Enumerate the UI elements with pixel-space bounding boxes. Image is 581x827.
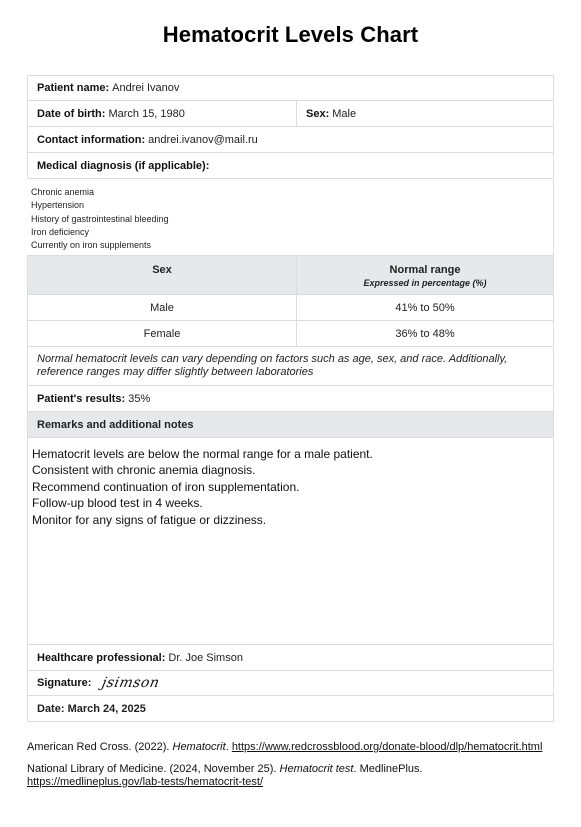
- diagnosis-label: Medical diagnosis (if applicable):: [37, 160, 209, 172]
- dob-value: March 15, 1980: [108, 108, 184, 120]
- reference-source: . MedlinePlus.: [353, 763, 422, 775]
- healthcare-professional-row: Healthcare professional: Dr. Joe Simson: [27, 645, 554, 671]
- reference-title: Hematocrit: [173, 741, 226, 753]
- contact-value: andrei.ivanov@mail.ru: [148, 134, 258, 146]
- signature-row: Signature: jsimson: [27, 671, 554, 696]
- range-value-cell: 41% to 50%: [297, 295, 553, 320]
- hcp-label: Healthcare professional:: [37, 652, 165, 664]
- date-value: March 24, 2025: [68, 703, 146, 715]
- table-row: Female 36% to 48%: [27, 321, 554, 347]
- signature-label: Signature:: [37, 677, 91, 689]
- remark-line: Consistent with chronic anemia diagnosis…: [32, 462, 549, 478]
- sex-value: Male: [332, 108, 356, 120]
- diagnosis-item: History of gastrointestinal bleeding: [31, 213, 553, 226]
- reference-item: National Library of Medicine. (2024, Nov…: [27, 763, 557, 789]
- signature-image: jsimson: [101, 675, 162, 691]
- patient-name-row: Patient name: Andrei Ivanov: [27, 75, 554, 101]
- dob-label: Date of birth:: [37, 108, 105, 120]
- hcp-value: Dr. Joe Simson: [168, 652, 243, 664]
- column-header-sex: Sex: [28, 256, 297, 294]
- range-sex-cell: Female: [28, 321, 297, 346]
- normal-range-heading: Normal range: [390, 264, 461, 276]
- hematocrit-form: Patient name: Andrei Ivanov Date of birt…: [27, 75, 554, 722]
- remarks-header-row: Remarks and additional notes: [27, 412, 554, 438]
- references: American Red Cross. (2022). Hematocrit. …: [27, 741, 557, 798]
- range-note: Normal hematocrit levels can vary depend…: [27, 347, 554, 386]
- range-table-header: Sex Normal range Expressed in percentage…: [27, 256, 554, 295]
- page-title: Hematocrit Levels Chart: [0, 22, 581, 48]
- remark-line: Follow-up blood test in 4 weeks.: [32, 495, 549, 511]
- date-label: Date:: [37, 703, 65, 715]
- range-value-cell: 36% to 48%: [297, 321, 553, 346]
- date-row: Date: March 24, 2025: [27, 696, 554, 722]
- contact-row: Contact information: andrei.ivanov@mail.…: [27, 127, 554, 153]
- reference-link[interactable]: https://www.redcrossblood.org/donate-blo…: [232, 741, 543, 753]
- patient-name-value: Andrei Ivanov: [112, 82, 179, 94]
- column-header-normal-range: Normal range Expressed in percentage (%): [297, 256, 553, 294]
- remark-line: Recommend continuation of iron supplemen…: [32, 479, 549, 495]
- results-label: Patient's results:: [37, 393, 125, 405]
- reference-item: American Red Cross. (2022). Hematocrit. …: [27, 741, 557, 754]
- sex-label: Sex:: [306, 108, 329, 120]
- reference-author: American Red Cross. (2022).: [27, 741, 173, 753]
- table-row: Male 41% to 50%: [27, 295, 554, 321]
- reference-author: National Library of Medicine. (2024, Nov…: [27, 763, 280, 775]
- dob-sex-row: Date of birth: March 15, 1980 Sex: Male: [27, 101, 554, 127]
- range-note-text: Normal hematocrit levels can vary depend…: [37, 353, 544, 379]
- remark-line: Hematocrit levels are below the normal r…: [32, 446, 549, 462]
- remarks-label: Remarks and additional notes: [28, 412, 202, 437]
- normal-range-subheading: Expressed in percentage (%): [363, 278, 486, 288]
- remarks-body: Hematocrit levels are below the normal r…: [27, 438, 554, 645]
- diagnosis-item: Iron deficiency: [31, 226, 553, 239]
- diagnosis-item: Currently on iron supplements: [31, 239, 553, 252]
- contact-label: Contact information:: [37, 134, 145, 146]
- remark-line: Monitor for any signs of fatigue or dizz…: [32, 512, 549, 528]
- diagnosis-list: Chronic anemia Hypertension History of g…: [27, 179, 554, 256]
- patient-name-label: Patient name:: [37, 82, 109, 94]
- diagnosis-item: Hypertension: [31, 199, 553, 212]
- results-value: 35%: [128, 393, 150, 405]
- reference-title: Hematocrit test: [280, 763, 354, 775]
- range-sex-cell: Male: [28, 295, 297, 320]
- reference-link[interactable]: https://medlineplus.gov/lab-tests/hemato…: [27, 776, 263, 788]
- diagnosis-header-row: Medical diagnosis (if applicable):: [27, 153, 554, 179]
- results-row: Patient's results: 35%: [27, 386, 554, 412]
- diagnosis-item: Chronic anemia: [31, 186, 553, 199]
